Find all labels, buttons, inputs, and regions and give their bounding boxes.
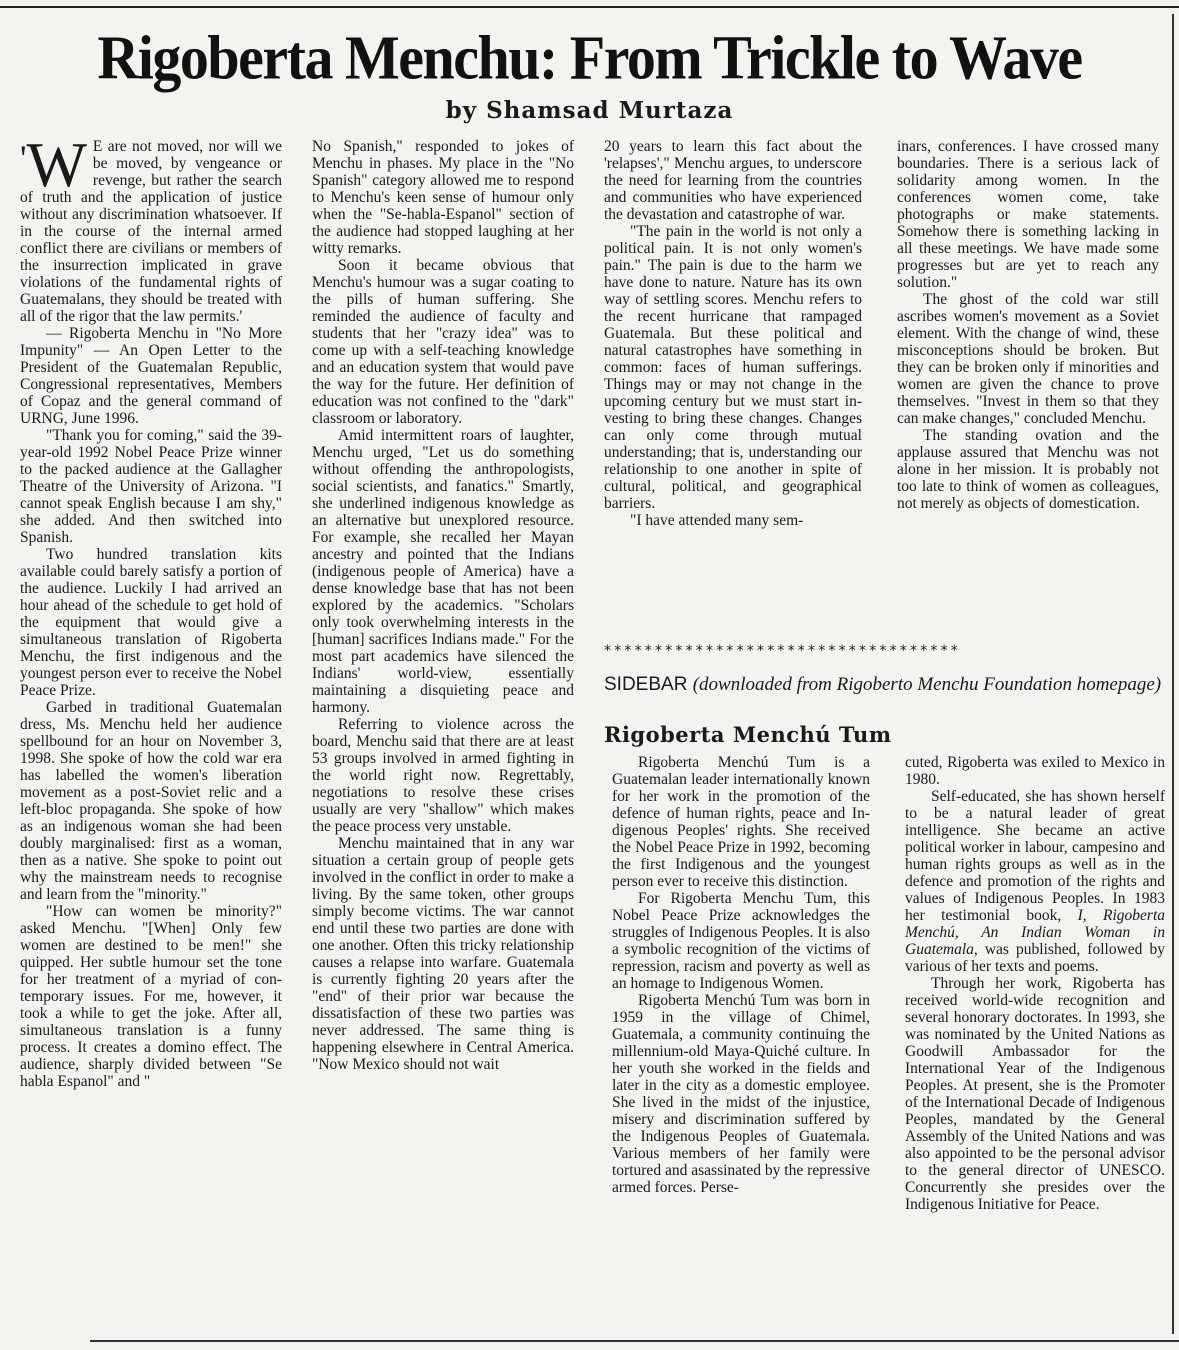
sidebar-column-2: cuted, Rigoberta was exiled to Mexico in…: [905, 754, 1165, 1213]
top-rule: [0, 6, 1179, 8]
paragraph: Garbed in traditional Guatemalan dress, …: [20, 699, 282, 903]
article-column-2: No Spanish," responded to jokes of Mench…: [312, 138, 574, 1073]
paragraph: Two hundred translation kits available c…: [20, 546, 282, 699]
sidebar-column-1: Rigoberta Menchú Tum is a Guatemalan lea…: [612, 754, 870, 1196]
sidebar-title: Rigoberta Menchú Tum: [604, 722, 1164, 748]
paragraph: "How can women be minor­ity?" asked Menc…: [20, 903, 282, 1090]
paragraph: No Spanish," responded to jokes of Mench…: [312, 138, 574, 257]
paragraph: inars, conferences. I have crossed many …: [897, 138, 1159, 291]
epigraph-attribution: — Rigoberta Menchu in "No More Impunity"…: [20, 325, 282, 427]
paragraph: The standing ovation and the applause as…: [897, 427, 1159, 512]
paragraph: Through her work, Rigob­erta has receive…: [905, 975, 1165, 1213]
article-column-4: inars, conferences. I have crossed many …: [897, 138, 1159, 512]
paragraph: Self-educated, she has shown herself to …: [905, 788, 1165, 975]
right-column-rule: [1172, 14, 1174, 1334]
paragraph: The ghost of the cold war still ascribes…: [897, 291, 1159, 427]
epigraph-quote: 'WE are not moved, nor will we be moved,…: [20, 138, 282, 325]
paragraph: "Thank you for coming," said the 39-year…: [20, 427, 282, 546]
article-headline: Rigoberta Menchu: From Trickle to Wave: [0, 19, 1179, 97]
paragraph: For Rigoberta Menchu Tum, this Nobel Pea…: [612, 890, 870, 992]
drop-cap: 'W: [20, 140, 87, 190]
paragraph: Amid intermittent roars of laughter, Men…: [312, 427, 574, 716]
paragraph: "I have attended many sem-: [604, 512, 862, 529]
sidebar-tag: SIDEBAR: [604, 674, 687, 695]
sidebar-source: (downloaded from Rigoberto Menchu Foun­d…: [693, 674, 1161, 695]
article-column-1: 'WE are not moved, nor will we be moved,…: [20, 138, 282, 1090]
paragraph: Referring to violence across the board, …: [312, 716, 574, 835]
paragraph: Rigoberta Menchú Tum is a Guatemalan lea…: [612, 754, 870, 890]
asterisk-separator: ***********************************: [604, 643, 1164, 659]
article-column-3: 20 years to learn this fact about the 'r…: [604, 138, 862, 529]
article-byline: by Shamsad Murtaza: [0, 95, 1179, 127]
sidebar-label: SIDEBAR (downloaded from Rigoberto Mench…: [604, 673, 1164, 697]
paragraph: Menchu maintained that in any war situat…: [312, 835, 574, 1073]
paragraph: Rigoberta Menchú Tum was born in 1959 in…: [612, 992, 870, 1196]
paragraph: cuted, Rigoberta was exiled to Mexico in…: [905, 754, 1165, 788]
paragraph: Soon it became obvious that Menchu's hum…: [312, 257, 574, 427]
bottom-rule: [90, 1340, 1179, 1342]
paragraph: 20 years to learn this fact about the 'r…: [604, 138, 862, 223]
paragraph: "The pain in the world is not only a pol…: [604, 223, 862, 512]
